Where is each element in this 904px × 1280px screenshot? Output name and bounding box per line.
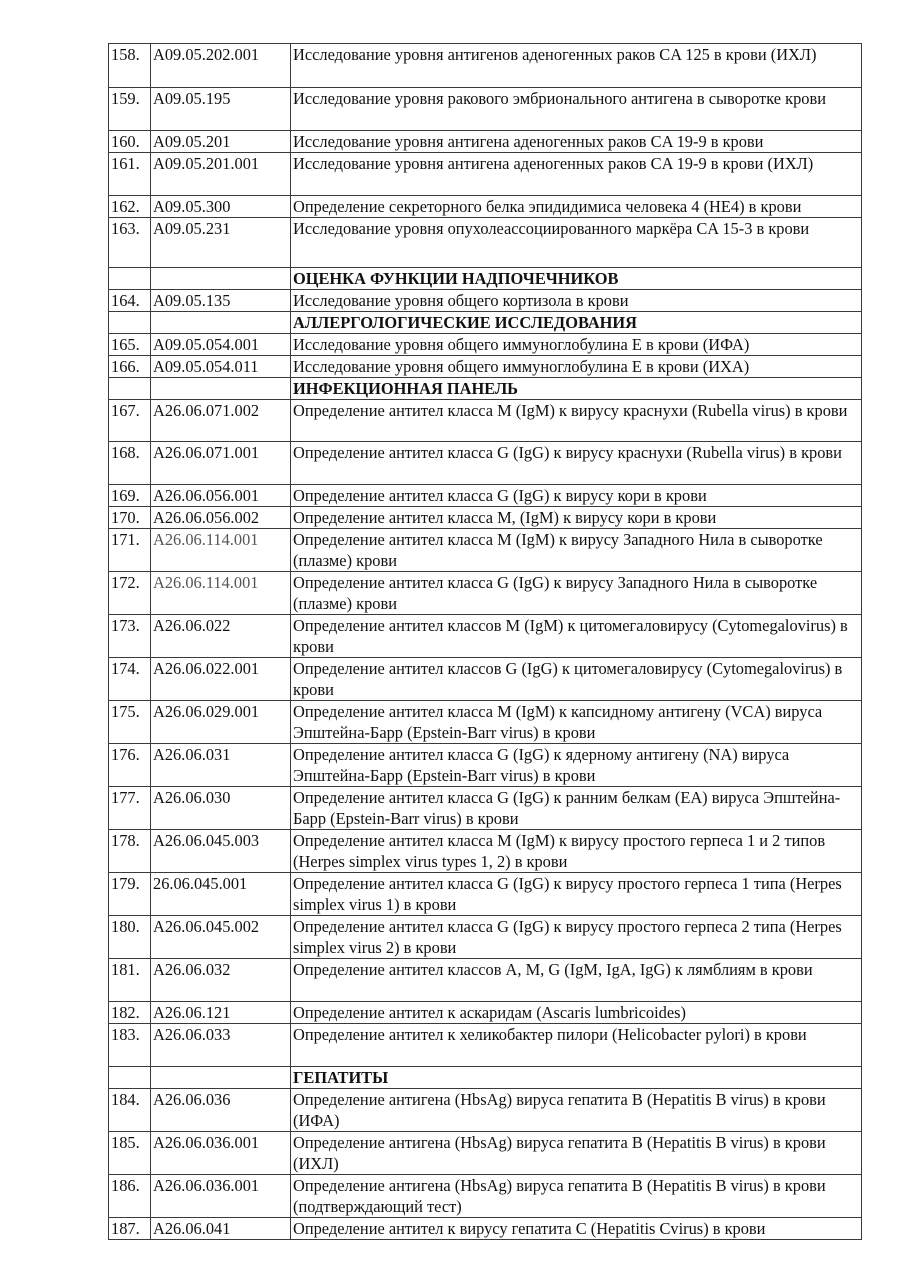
table-row: 159. A09.05.195 Исследование уровня рако… [109,88,862,131]
service-code: A09.05.054.011 [151,356,291,378]
section-header-row: АЛЛЕРГОЛОГИЧЕСКИЕ ИССЛЕДОВАНИЯ [109,312,862,334]
service-code: A26.06.045.002 [151,916,291,959]
section-title: ИНФЕКЦИОННАЯ ПАНЕЛЬ [291,378,862,400]
table-row: 161. A09.05.201.001 Исследование уровня … [109,153,862,196]
service-code-empty [151,1067,291,1089]
service-description: Определение антител класса M (IgM) к вир… [291,400,862,442]
row-number: 171. [109,529,151,572]
table-row: 185. A26.06.036.001 Определение антигена… [109,1132,862,1175]
service-code: A26.06.036 [151,1089,291,1132]
row-number: 176. [109,744,151,787]
service-code: A26.06.031 [151,744,291,787]
row-number: 186. [109,1175,151,1218]
service-description: Исследование уровня общего иммуноглобули… [291,356,862,378]
service-description: Определение антител классов A, M, G (IgM… [291,959,862,1002]
row-number: 183. [109,1024,151,1067]
row-number: 184. [109,1089,151,1132]
row-number: 164. [109,290,151,312]
service-code: A26.06.071.002 [151,400,291,442]
section-header-row: ИНФЕКЦИОННАЯ ПАНЕЛЬ [109,378,862,400]
row-number: 170. [109,507,151,529]
service-description: Определение секреторного белка эпидидими… [291,196,862,218]
row-number: 159. [109,88,151,131]
section-header-row: ОЦЕНКА ФУНКЦИИ НАДПОЧЕЧНИКОВ [109,268,862,290]
table-row: 174. A26.06.022.001 Определение антител … [109,658,862,701]
service-code: A26.06.036.001 [151,1132,291,1175]
service-description: Определение антител к хеликобактер пилор… [291,1024,862,1067]
service-description: Исследование уровня опухолеассоциированн… [291,218,862,268]
service-code: A26.06.029.001 [151,701,291,744]
service-description: Определение антигена (HbsAg) вируса гепа… [291,1132,862,1175]
row-number: 174. [109,658,151,701]
row-number-empty [109,378,151,400]
service-code: A26.06.041 [151,1218,291,1240]
table-row: 177. A26.06.030 Определение антител клас… [109,787,862,830]
service-description: Определение антител класса G (IgG) к яде… [291,744,862,787]
row-number: 179. [109,873,151,916]
row-number-empty [109,1067,151,1089]
service-description: Определение антител к вирусу гепатита C … [291,1218,862,1240]
row-number: 160. [109,131,151,153]
section-header-row: ГЕПАТИТЫ [109,1067,862,1089]
row-number: 187. [109,1218,151,1240]
table-row: 167. A26.06.071.002 Определение антител … [109,400,862,442]
table-row: 158. A09.05.202.001 Исследование уровня … [109,44,862,88]
row-number: 178. [109,830,151,873]
row-number-empty [109,268,151,290]
service-code: A09.05.054.001 [151,334,291,356]
service-code: A26.06.022.001 [151,658,291,701]
service-code: A09.05.201 [151,131,291,153]
service-description: Определение антител к аскаридам (Ascaris… [291,1002,862,1024]
table-row: 172. A26.06.114.001 Определение антител … [109,572,862,615]
service-description: Определение антител класса G (IgG) к ран… [291,787,862,830]
row-number: 181. [109,959,151,1002]
service-description: Исследование уровня антигена аденогенных… [291,153,862,196]
table-row: 171. A26.06.114.001 Определение антител … [109,529,862,572]
service-description: Исследование уровня общего кортизола в к… [291,290,862,312]
service-code: A26.06.114.001 [151,529,291,572]
service-description: Определение антител классов M (IgM) к ци… [291,615,862,658]
table-row: 175. A26.06.029.001 Определение антител … [109,701,862,744]
table-row: 179. 26.06.045.001 Определение антител к… [109,873,862,916]
table-row: 168. A26.06.071.001 Определение антител … [109,442,862,485]
row-number: 161. [109,153,151,196]
service-code: A26.06.056.001 [151,485,291,507]
service-description: Определение антител класса M (IgM) к кап… [291,701,862,744]
service-code-empty [151,268,291,290]
section-title: ОЦЕНКА ФУНКЦИИ НАДПОЧЕЧНИКОВ [291,268,862,290]
row-number: 167. [109,400,151,442]
table-row: 164. A09.05.135 Исследование уровня обще… [109,290,862,312]
service-code: A26.06.022 [151,615,291,658]
section-title: ГЕПАТИТЫ [291,1067,862,1089]
service-code: A26.06.045.003 [151,830,291,873]
row-number: 169. [109,485,151,507]
service-code: A26.06.071.001 [151,442,291,485]
row-number: 185. [109,1132,151,1175]
service-code: A09.05.300 [151,196,291,218]
table-row: 187. A26.06.041 Определение антител к ви… [109,1218,862,1240]
service-description: Определение антител классов G (IgG) к ци… [291,658,862,701]
row-number-empty [109,312,151,334]
service-code: A26.06.121 [151,1002,291,1024]
service-code: A09.05.231 [151,218,291,268]
table-row: 184. A26.06.036 Определение антигена (Hb… [109,1089,862,1132]
table-row: 170. A26.06.056.002 Определение антител … [109,507,862,529]
service-code: A09.05.201.001 [151,153,291,196]
service-description: Исследование уровня антигенов аденогенны… [291,44,862,88]
table-row: 166. A09.05.054.011 Исследование уровня … [109,356,862,378]
service-description: Исследование уровня общего иммуноглобули… [291,334,862,356]
section-title: АЛЛЕРГОЛОГИЧЕСКИЕ ИССЛЕДОВАНИЯ [291,312,862,334]
table-row: 165. A09.05.054.001 Исследование уровня … [109,334,862,356]
table-row: 182. A26.06.121 Определение антител к ас… [109,1002,862,1024]
table-row: 186. A26.06.036.001 Определение антигена… [109,1175,862,1218]
service-description: Исследование уровня антигена аденогенных… [291,131,862,153]
table-row: 176. A26.06.031 Определение антител клас… [109,744,862,787]
service-description: Определение антител класса M (IgM) к вир… [291,830,862,873]
service-code: A26.06.033 [151,1024,291,1067]
row-number: 172. [109,572,151,615]
service-description: Определение антител класса G (IgG) к вир… [291,572,862,615]
row-number: 180. [109,916,151,959]
row-number: 165. [109,334,151,356]
table-row: 169. A26.06.056.001 Определение антител … [109,485,862,507]
row-number: 168. [109,442,151,485]
table-row: 178. A26.06.045.003 Определение антител … [109,830,862,873]
service-code: A26.06.114.001 [151,572,291,615]
service-code: A09.05.202.001 [151,44,291,88]
service-description: Определение антител класса M, (IgM) к ви… [291,507,862,529]
service-description: Определение антигена (HbsAg) вируса гепа… [291,1089,862,1132]
services-table: 158. A09.05.202.001 Исследование уровня … [108,43,862,1240]
service-description: Определение антител класса G (IgG) к вир… [291,485,862,507]
service-description: Определение антител класса G (IgG) к вир… [291,916,862,959]
row-number: 158. [109,44,151,88]
table-row: 173. A26.06.022 Определение антител клас… [109,615,862,658]
service-description: Определение антител класса M (IgM) к вир… [291,529,862,572]
table-row: 183. A26.06.033 Определение антител к хе… [109,1024,862,1067]
table-body: 158. A09.05.202.001 Исследование уровня … [109,44,862,1240]
service-code: A09.05.135 [151,290,291,312]
service-code: 26.06.045.001 [151,873,291,916]
service-description: Определение антигена (HbsAg) вируса гепа… [291,1175,862,1218]
row-number: 166. [109,356,151,378]
service-code: A26.06.056.002 [151,507,291,529]
table-row: 160. A09.05.201 Исследование уровня анти… [109,131,862,153]
table-row: 163. A09.05.231 Исследование уровня опух… [109,218,862,268]
service-code: A26.06.036.001 [151,1175,291,1218]
row-number: 162. [109,196,151,218]
service-code-empty [151,378,291,400]
table-row: 181. A26.06.032 Определение антител клас… [109,959,862,1002]
service-description: Определение антител класса G (IgG) к вир… [291,442,862,485]
row-number: 177. [109,787,151,830]
service-description: Исследование уровня ракового эмбриональн… [291,88,862,131]
row-number: 182. [109,1002,151,1024]
table-row: 180. A26.06.045.002 Определение антител … [109,916,862,959]
service-code-empty [151,312,291,334]
service-code: A26.06.032 [151,959,291,1002]
service-code: A09.05.195 [151,88,291,131]
row-number: 163. [109,218,151,268]
service-description: Определение антител класса G (IgG) к вир… [291,873,862,916]
row-number: 175. [109,701,151,744]
row-number: 173. [109,615,151,658]
table-row: 162. A09.05.300 Определение секреторного… [109,196,862,218]
service-code: A26.06.030 [151,787,291,830]
